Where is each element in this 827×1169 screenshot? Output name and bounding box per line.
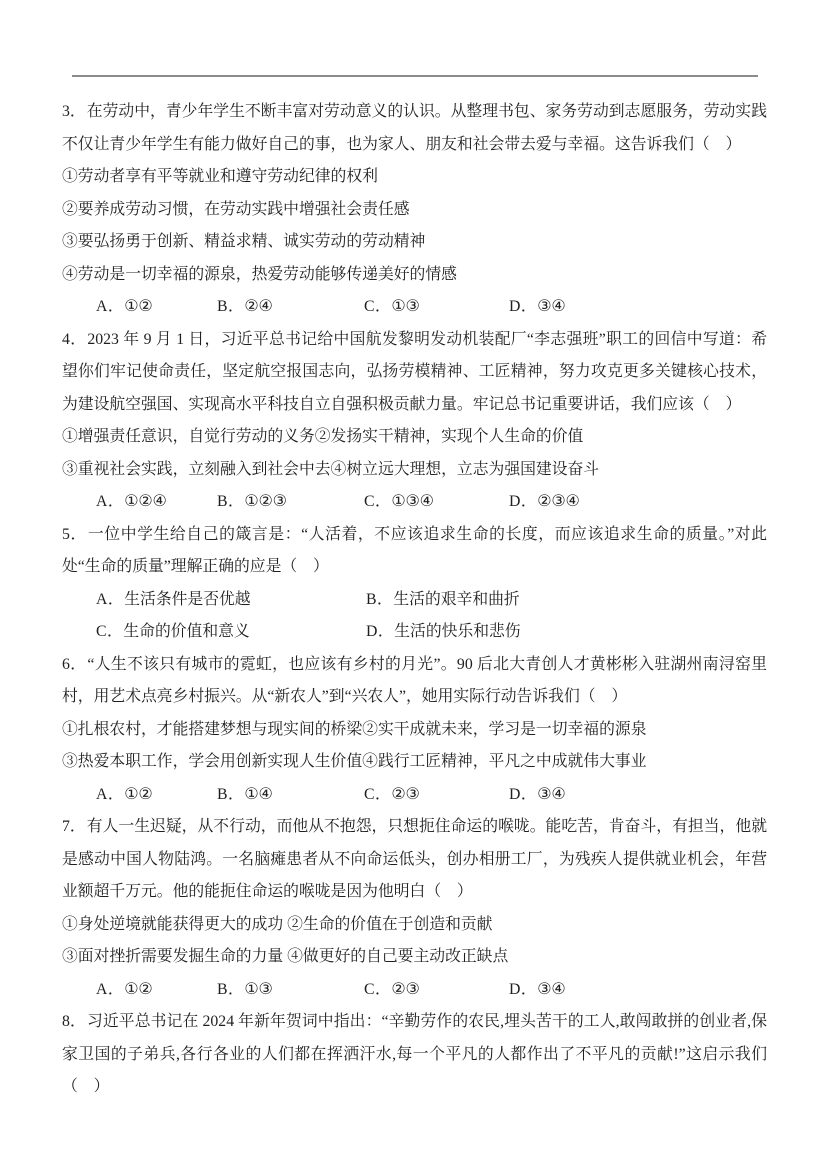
question-4-choice-b: B．①②③ — [217, 486, 364, 519]
question-3-choice-d: D．③④ — [509, 291, 566, 324]
choice-b-value: ①②③ — [244, 493, 287, 510]
question-5-stem-text: 一位中学生给自己的箴言是：“人活着，不应该追求生命的长度，而应该追求生命的质量。… — [62, 526, 767, 576]
question-6-item-line-1: ①扎根农村，才能搭建梦想与现实间的桥梁②实干成就未来，学习是一切幸福的源泉 — [62, 714, 767, 747]
question-4-choice-d: D．②③④ — [509, 486, 580, 519]
question-4-item-line-1: ①增强责任意识，自觉行劳动的义务②发扬实干精神，实现个人生命的价值 — [62, 421, 767, 454]
choice-a-label: A． — [96, 298, 124, 315]
question-8: 8．习近平总书记在 2024 年新年贺词中指出：“辛勤劳作的农民,埋头苦干的工人… — [62, 1006, 767, 1104]
question-7-stem: 7．有人一生迟疑，从不行动，而他从不抱怨，只想扼住命运的喉咙。能吃苦，肯奋斗，有… — [62, 811, 767, 909]
question-4-choice-a: A．①②④ — [96, 486, 217, 519]
question-7-choice-c: C．②③ — [364, 974, 509, 1007]
question-6-choice-a: A．①② — [96, 779, 217, 812]
question-6-choice-c: C．②③ — [364, 779, 509, 812]
question-6: 6．“人生不该只有城市的霓虹，也应该有乡村的月光”。90 后北大青创人才黄彬彬入… — [62, 649, 767, 812]
question-5-number: 5． — [62, 526, 87, 543]
choice-a-label: A． — [96, 981, 124, 998]
question-7-number: 7． — [62, 818, 86, 835]
question-4-choice-c: C．①③④ — [364, 486, 509, 519]
question-7: 7．有人一生迟疑，从不行动，而他从不抱怨，只想扼住命运的喉咙。能吃苦，肯奋斗，有… — [62, 811, 767, 1006]
question-3-item-2: ②要养成劳动习惯，在劳动实践中增强社会责任感 — [62, 194, 767, 227]
header-divider — [72, 75, 758, 77]
question-6-stem-text: “人生不该只有城市的霓虹，也应该有乡村的月光”。90 后北大青创人才黄彬彬入驻湖… — [62, 656, 767, 706]
question-7-stem-text: 有人一生迟疑，从不行动，而他从不抱怨，只想扼住命运的喉咙。能吃苦，肯奋斗，有担当… — [62, 818, 767, 900]
question-7-item-line-1: ①身处逆境就能获得更大的成功 ②生命的价值在于创造和贡献 — [62, 909, 767, 942]
choice-d-label: D． — [509, 786, 537, 803]
question-3-item-4: ④劳动是一切幸福的源泉，热爱劳动能够传递美好的情感 — [62, 259, 767, 292]
choice-d-value: ③④ — [537, 298, 565, 315]
question-5: 5．一位中学生给自己的箴言是：“人活着，不应该追求生命的长度，而应该追求生命的质… — [62, 519, 767, 649]
choice-d-label: D． — [509, 493, 537, 510]
question-5-stem: 5．一位中学生给自己的箴言是：“人活着，不应该追求生命的长度，而应该追求生命的质… — [62, 519, 767, 584]
choice-a-value: ①② — [124, 298, 152, 315]
choice-b-label: B． — [217, 298, 244, 315]
choice-a-label: A． — [96, 493, 124, 510]
question-8-stem-text: 习近平总书记在 2024 年新年贺词中指出：“辛勤劳作的农民,埋头苦干的工人,敢… — [62, 1013, 767, 1095]
question-5-choice-c: C．生命的价值和意义 — [96, 616, 366, 649]
question-3-choice-c: C．①③ — [364, 291, 509, 324]
choice-d-label: D． — [366, 623, 394, 640]
question-7-choice-b: B．①③ — [217, 974, 364, 1007]
choice-c-value: 生命的价值和意义 — [123, 623, 249, 640]
choice-c-label: C． — [364, 981, 391, 998]
choice-d-value: ③④ — [537, 786, 565, 803]
choice-b-value: 生活的艰辛和曲折 — [393, 591, 519, 608]
choice-b-value: ②④ — [244, 298, 272, 315]
questions-list: 3．在劳动中，青少年学生不断丰富对劳动意义的认识。从整理书包、家务劳动到志愿服务… — [62, 96, 767, 1104]
question-3: 3．在劳动中，青少年学生不断丰富对劳动意义的认识。从整理书包、家务劳动到志愿服务… — [62, 96, 767, 324]
question-6-choice-b: B．①④ — [217, 779, 364, 812]
choice-c-value: ①③ — [391, 298, 419, 315]
choice-a-value: 生活条件是否优越 — [124, 591, 250, 608]
question-6-item-line-2: ③热爱本职工作，学会用创新实现人生价值④践行工匠精神，平凡之中成就伟大事业 — [62, 746, 767, 779]
choice-a-value: ①② — [124, 786, 152, 803]
choice-c-value: ①③④ — [391, 493, 434, 510]
choice-d-label: D． — [509, 298, 537, 315]
question-3-item-1: ①劳动者享有平等就业和遵守劳动纪律的权利 — [62, 161, 767, 194]
question-5-choice-a: A．生活条件是否优越 — [96, 584, 366, 617]
choice-b-label: B． — [366, 591, 393, 608]
question-4-stem-text: 2023 年 9 月 1 日，习近平总书记给中国航发黎明发动机装配厂“李志强班”… — [62, 331, 767, 413]
question-8-number: 8． — [62, 1013, 86, 1030]
question-4-choices: A．①②④ B．①②③ C．①③④ D．②③④ — [62, 486, 767, 519]
question-3-item-3: ③要弘扬勇于创新、精益求精、诚实劳动的劳动精神 — [62, 226, 767, 259]
question-4-item-line-2: ③重视社会实践，立刻融入到社会中去④树立远大理想，立志为强国建设奋斗 — [62, 454, 767, 487]
choice-c-value: ②③ — [391, 786, 419, 803]
choice-b-label: B． — [217, 981, 244, 998]
choice-b-value: ①③ — [244, 981, 272, 998]
choice-c-value: ②③ — [391, 981, 419, 998]
question-7-choices: A．①② B．①③ C．②③ D．③④ — [62, 974, 767, 1007]
choice-d-label: D． — [509, 981, 537, 998]
question-5-choices-row-1: A．生活条件是否优越 B．生活的艰辛和曲折 — [62, 584, 767, 617]
question-6-stem: 6．“人生不该只有城市的霓虹，也应该有乡村的月光”。90 后北大青创人才黄彬彬入… — [62, 649, 767, 714]
choice-c-label: C． — [364, 298, 391, 315]
question-7-choice-a: A．①② — [96, 974, 217, 1007]
question-7-item-line-2: ③面对挫折需要发掘生命的力量 ④做更好的自己要主动改正缺点 — [62, 941, 767, 974]
choice-d-value: ③④ — [537, 981, 565, 998]
choice-c-label: C． — [364, 786, 391, 803]
question-3-choice-a: A．①② — [96, 291, 217, 324]
question-3-stem: 3．在劳动中，青少年学生不断丰富对劳动意义的认识。从整理书包、家务劳动到志愿服务… — [62, 96, 767, 161]
choice-b-label: B． — [217, 493, 244, 510]
choice-b-label: B． — [217, 786, 244, 803]
choice-a-value: ①②④ — [124, 493, 167, 510]
question-4-stem: 4．2023 年 9 月 1 日，习近平总书记给中国航发黎明发动机装配厂“李志强… — [62, 324, 767, 422]
choice-c-label: C． — [96, 623, 123, 640]
exam-page: 3．在劳动中，青少年学生不断丰富对劳动意义的认识。从整理书包、家务劳动到志愿服务… — [0, 0, 827, 1169]
question-5-choice-b: B．生活的艰辛和曲折 — [366, 584, 520, 617]
choice-a-label: A． — [96, 786, 124, 803]
choice-b-value: ①④ — [244, 786, 272, 803]
question-8-stem: 8．习近平总书记在 2024 年新年贺词中指出：“辛勤劳作的农民,埋头苦干的工人… — [62, 1006, 767, 1104]
question-7-choice-d: D．③④ — [509, 974, 566, 1007]
choice-a-value: ①② — [124, 981, 152, 998]
question-5-choices-row-2: C．生命的价值和意义 D．生活的快乐和悲伤 — [62, 616, 767, 649]
question-6-number: 6． — [62, 656, 86, 673]
choice-a-label: A． — [96, 591, 124, 608]
choice-d-value: 生活的快乐和悲伤 — [394, 623, 520, 640]
question-4-number: 4． — [62, 331, 86, 348]
question-3-number: 3． — [62, 103, 86, 120]
question-5-choice-d: D．生活的快乐和悲伤 — [366, 616, 521, 649]
question-3-choices: A．①② B．②④ C．①③ D．③④ — [62, 291, 767, 324]
choice-c-label: C． — [364, 493, 391, 510]
question-3-choice-b: B．②④ — [217, 291, 364, 324]
question-3-stem-text: 在劳动中，青少年学生不断丰富对劳动意义的认识。从整理书包、家务劳动到志愿服务，劳… — [62, 103, 767, 153]
question-6-choice-d: D．③④ — [509, 779, 566, 812]
choice-d-value: ②③④ — [537, 493, 580, 510]
question-6-choices: A．①② B．①④ C．②③ D．③④ — [62, 779, 767, 812]
question-4: 4．2023 年 9 月 1 日，习近平总书记给中国航发黎明发动机装配厂“李志强… — [62, 324, 767, 519]
